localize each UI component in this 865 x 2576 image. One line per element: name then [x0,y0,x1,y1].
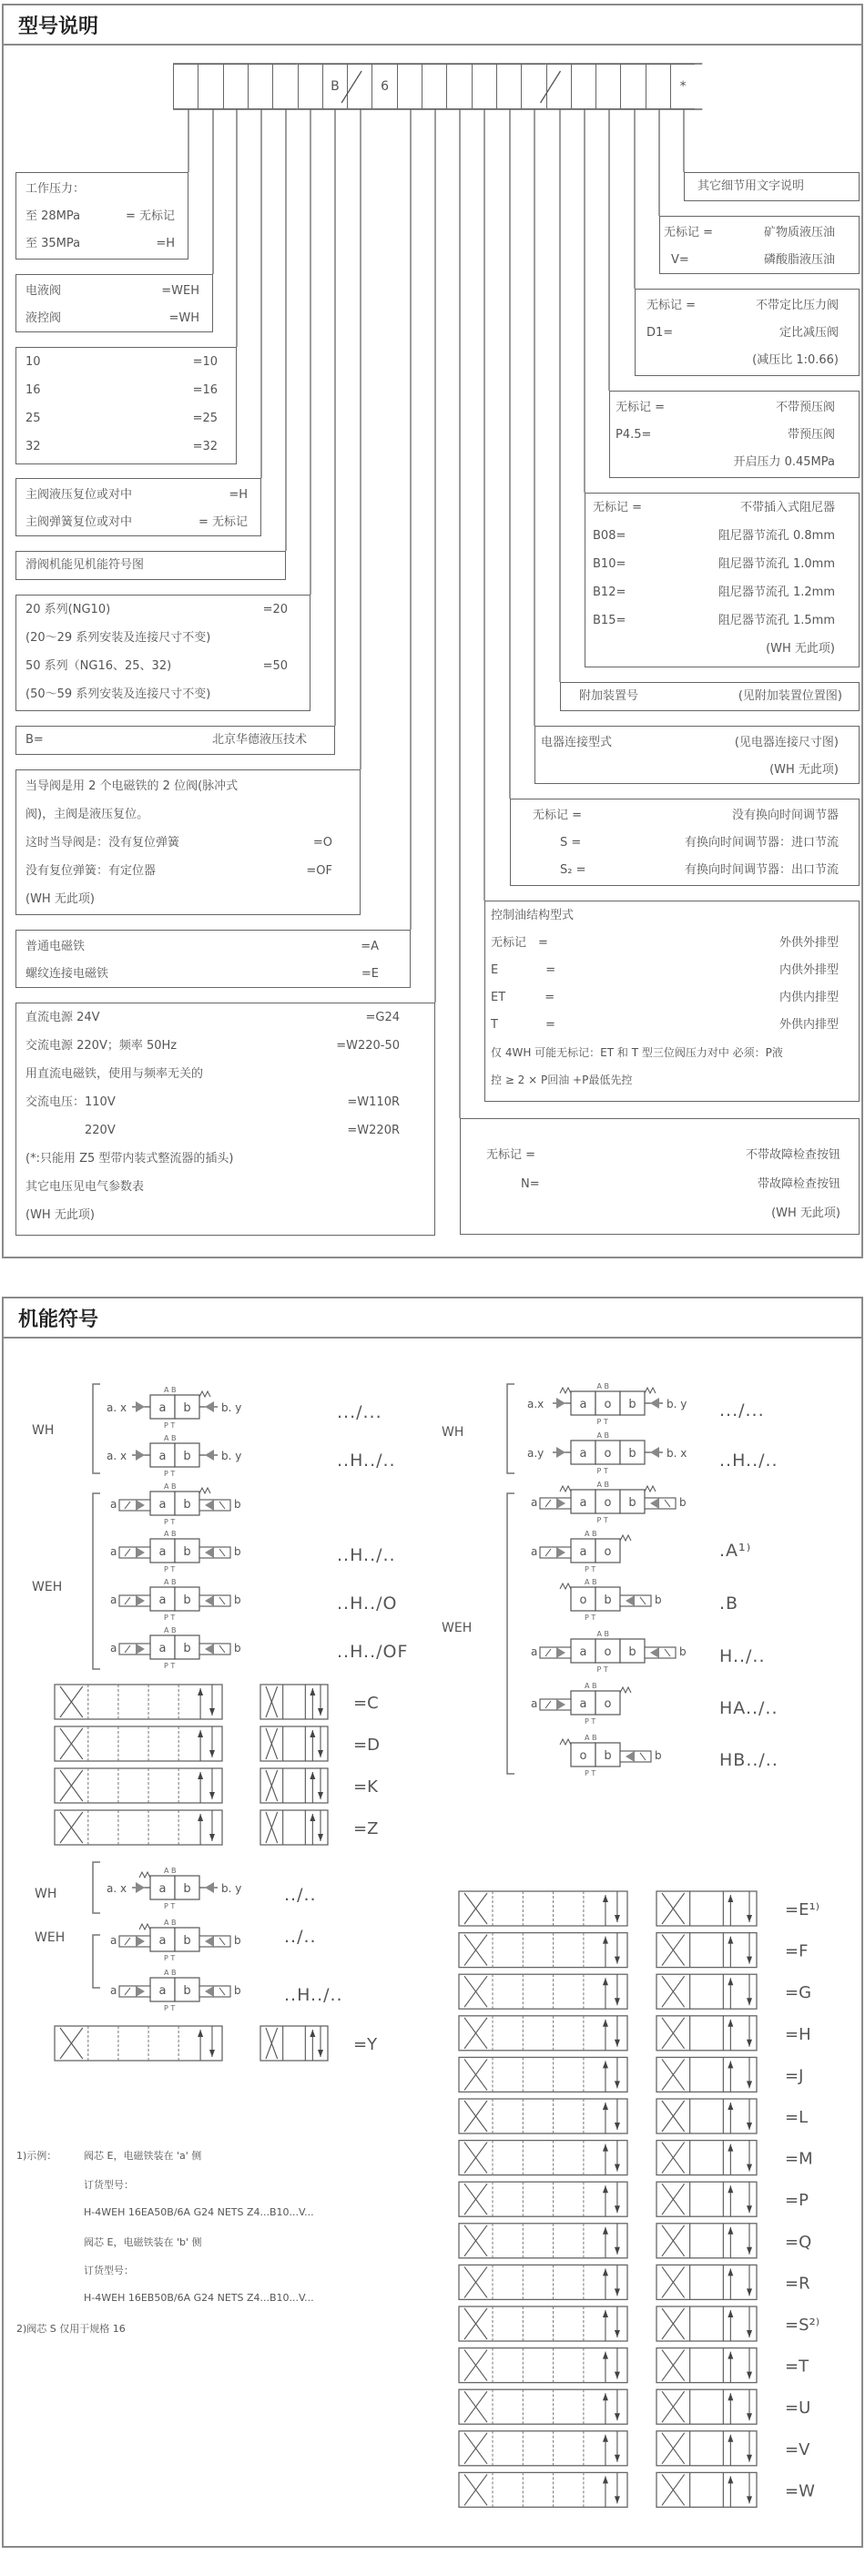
svg-text:=T: =T [785,2357,809,2377]
note-1-line5: 订货型号： [84,2263,134,2277]
svg-text:=U: =U [785,2398,810,2418]
svg-text:=H: =H [785,2025,811,2044]
note-1-line2: 订货型号： [84,2177,134,2192]
svg-text:=W: =W [785,2481,815,2500]
svg-text:=R: =R [785,2274,810,2293]
note-1-line3: H-4WEH 16EA50B/6A G24 NETS Z4...B10...V.… [84,2206,314,2218]
note-1-line4: 阀芯 E，电磁铁装在 'b' 侧 [84,2235,201,2249]
svg-text:=E¹⁾: =E¹⁾ [785,1900,819,1919]
svg-text:=P: =P [785,2191,809,2210]
note-1-line1: 阀芯 E，电磁铁装在 'a' 侧 [84,2148,201,2163]
svg-text:=S²⁾: =S²⁾ [785,2316,819,2335]
svg-text:=J: =J [785,2066,803,2085]
svg-text:=F: =F [785,1942,808,1961]
svg-text:=G: =G [785,1983,811,2002]
svg-text:=M: =M [785,2150,813,2169]
svg-text:=Q: =Q [785,2233,811,2252]
svg-text:=V: =V [785,2440,810,2459]
note-2: 2)阀芯 S 仅用于规格 16 [16,2321,126,2336]
note-1-line6: H-4WEH 16EB50B/6A G24 NETS Z4...B10...V.… [84,2292,314,2304]
note-1-tag: 1)示例： [16,2148,56,2163]
svg-text:=L: =L [785,2108,808,2127]
